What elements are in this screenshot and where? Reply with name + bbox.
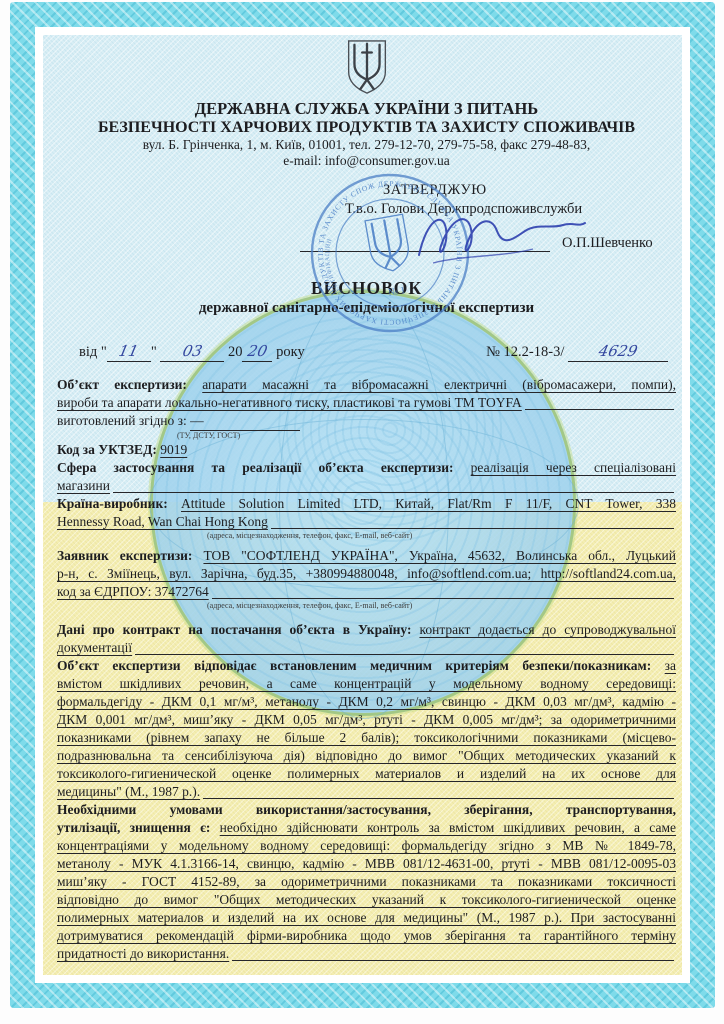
doc-number-label: № 12.2-18-3/ [486, 344, 564, 360]
form-line: Код за УКТЗЕД: 9019 [57, 441, 676, 459]
blank-rule [212, 598, 674, 599]
field-value: Attitude Solution Limited LTD, Китай, Fl… [181, 496, 676, 511]
field-value: токсиколого-гигиенической оценке полимер… [57, 766, 676, 781]
field-value: документації [57, 639, 132, 657]
org-email: e-mail: info@consumer.gov.ua [57, 153, 676, 169]
handwritten-doc-number: 4629 [597, 342, 639, 360]
quote-mark: " [151, 344, 157, 360]
field-value: код за ЄДРПОУ: 37472764 [57, 583, 209, 601]
field-label: Об’єкт експертизи: [57, 377, 202, 392]
field-caption: (адреса, місцезнаходження, телефон, факс… [207, 531, 676, 541]
field-value: концентраціями у модельному водному сере… [57, 838, 676, 853]
blank-rule [525, 409, 674, 410]
form-line: Країна-виробник: Attitude Solution Limit… [57, 495, 676, 513]
form-line: подразнювальна та сенсибілізуюча дія) ві… [57, 747, 676, 765]
form-line: токсиколого-гигиенической оценке полимер… [57, 765, 676, 783]
date-prefix: від [79, 344, 97, 360]
blank-rule [135, 654, 674, 655]
form-line: вироби та апарати локально-негативного т… [57, 394, 676, 412]
field-value: подразнювальна та сенсибілізуюча дія) ві… [57, 748, 676, 763]
org-name-line2: БЕЗПЕЧНОСТІ ХАРЧОВИХ ПРОДУКТІВ ТА ЗАХИСТ… [57, 118, 676, 137]
handwritten-year: 20 [246, 342, 269, 360]
guilloche-border: ДЕРЖАВНА СЛУЖБА УКРАЇНИ З ПИТАНЬ БЕЗПЕЧН… [10, 2, 715, 1008]
form-line: Сфера застосування та реалізації об’єкта… [57, 459, 676, 477]
field-value: ТОВ "СОФТЛЕНД УКРАЇНА", Україна, 45632, … [203, 548, 676, 563]
form-line: код за ЄДРПОУ: 37472764 [57, 583, 676, 601]
blank-rule [203, 798, 674, 799]
org-name-line1: ДЕРЖАВНА СЛУЖБА УКРАЇНИ З ПИТАНЬ [57, 99, 676, 118]
form-line: Об’єкт експертизи відповідає встановлени… [57, 657, 676, 675]
scanned-certificate-page: ДЕРЖАВНА СЛУЖБА УКРАЇНИ З ПИТАНЬ БЕЗПЕЧН… [0, 0, 724, 1024]
field-value: контракт додається до супроводжувальної [419, 622, 676, 637]
certificate-paper: ДЕРЖАВНА СЛУЖБА УКРАЇНИ З ПИТАНЬ БЕЗПЕЧН… [43, 35, 682, 975]
doc-number-slot: 4629 [568, 342, 668, 362]
field-value: виготовлений згідно з: [57, 413, 190, 428]
date-group: від "11" 03 2020 року [79, 342, 305, 362]
field-value: реалізація через спеціалізовані [471, 460, 676, 475]
blank-rule [271, 528, 674, 529]
field-value: миш’яку - ГОСТ 4152-89, за одориметрични… [57, 874, 676, 889]
field-value: відповідно до вимог "Общих методических … [57, 892, 676, 907]
section-applicant: Заявник експертизи: ТОВ "СОФТЛЕНД УКРАЇН… [57, 547, 676, 611]
field-value: — [190, 412, 300, 431]
field-value: вироби та апарати локально-негативного т… [57, 394, 522, 412]
form-line: Необхідними умовами використання/застосу… [57, 801, 676, 819]
stamp-trident-icon [365, 214, 412, 274]
handwritten-month: 03 [181, 342, 204, 360]
field-value: Hennessy Road, Wan Chai Hong Kong [57, 513, 268, 531]
form-line: відповідно до вимог "Общих методических … [57, 891, 676, 909]
handwritten-signature-icon [413, 205, 593, 277]
field-value: р-н, с. Зміїнець, вул. Зарічна, буд.35, … [57, 566, 676, 581]
year-slot: 20 [242, 342, 272, 362]
field-value: необхідно здійснювати контроль за вмісто… [220, 820, 676, 835]
blank-rule [113, 492, 674, 493]
form-line: магазини [57, 477, 676, 495]
field-label: Сфера застосування та реалізації об’єкта… [57, 460, 471, 475]
form-line: ДКМ 0,001 мг/дм³, миш’яку - ДКМ 0,05 мг/… [57, 711, 676, 729]
field-label: Код за УКТЗЕД: [57, 442, 160, 457]
blank-rule [232, 960, 674, 961]
form-line: формальдегіду - ДКМ 0,1 мг/м³, метанолу … [57, 693, 676, 711]
date-suffix: року [276, 344, 305, 360]
form-line: Дані про контракт на постачання об’єкта … [57, 621, 676, 639]
field-caption: (ТУ, ДСТУ, ГОСТ) [177, 431, 676, 441]
form-line: вмістом шкідливих речовин, а саме концен… [57, 675, 676, 693]
field-value: за [665, 658, 676, 673]
date-and-number-row: від "11" 03 2020 року № 12.2-18-3/ 4629 [57, 342, 676, 364]
form-line: дотримуватися рекомендацій фірми-виробни… [57, 927, 676, 945]
section-conformity: Об’єкт експертизи відповідає встановлени… [57, 657, 676, 801]
trident-emblem-icon [344, 39, 390, 95]
form-line: показниками (рівнем запаху не більше 2 б… [57, 729, 676, 747]
handwritten-day: 11 [117, 342, 140, 360]
field-value: метанолу - МУК 4.1.3166-14, свинцю, кадм… [57, 856, 676, 871]
stamp-number: № 1 [388, 285, 407, 299]
form-line: Заявник експертизи: ТОВ "СОФТЛЕНД УКРАЇН… [57, 547, 676, 565]
field-value: придатності до використання. [57, 945, 229, 963]
field-label: утилізації, знищення є: [57, 820, 220, 835]
form-line: придатності до використання. [57, 945, 676, 963]
form-line: концентраціями у модельному водному сере… [57, 837, 676, 855]
field-label: Об’єкт експертизи відповідає встановлени… [57, 658, 665, 673]
section-scope: Сфера застосування та реалізації об’єкта… [57, 459, 676, 495]
section-producer: Країна-виробник: Attitude Solution Limit… [57, 495, 676, 541]
field-value: показниками (рівнем запаху не більше 2 б… [57, 730, 676, 745]
number-group: № 12.2-18-3/ 4629 [486, 342, 668, 362]
field-value: 9019 [160, 442, 187, 457]
section-contract: Дані про контракт на постачання об’єкта … [57, 621, 676, 657]
field-value: магазини [57, 477, 110, 495]
form-line: Hennessy Road, Wan Chai Hong Kong [57, 513, 676, 531]
form-line: р-н, с. Зміїнець, вул. Зарічна, буд.35, … [57, 565, 676, 583]
form-line: Об’єкт експертизи: апарати масажні та ві… [57, 376, 676, 394]
month-slot: 03 [160, 342, 224, 362]
section-code: Код за УКТЗЕД: 9019 [57, 441, 676, 459]
form-line: утилізації, знищення є: необхідно здійсн… [57, 819, 676, 837]
field-value: дотримуватися рекомендацій фірми-виробни… [57, 928, 676, 943]
section-object: Об’єкт експертизи: апарати масажні та ві… [57, 376, 676, 441]
field-label: Дані про контракт на постачання об’єкта … [57, 622, 419, 637]
form-line: виготовлений згідно з: — [57, 412, 676, 431]
field-value: ДКМ 0,001 мг/дм³, миш’яку - ДКМ 0,05 мг/… [57, 712, 676, 727]
form-line: медицины" (М., 1987 р.). [57, 783, 676, 801]
field-label: Країна-виробник: [57, 496, 181, 511]
field-value: апарати масажні та вібромасажні електрич… [202, 377, 676, 392]
form-line: миш’яку - ГОСТ 4152-89, за одориметрични… [57, 873, 676, 891]
border-inner-margin: ДЕРЖАВНА СЛУЖБА УКРАЇНИ З ПИТАНЬ БЕЗПЕЧН… [35, 27, 690, 983]
day-slot: 11 [107, 342, 151, 362]
form-line: полимерных материалов и изделий на их ос… [57, 909, 676, 927]
field-value: формальдегіду - ДКМ 0,1 мг/м³, метанолу … [57, 694, 676, 709]
field-caption: (адреса, місцезнаходження, телефон, факс… [207, 601, 676, 611]
form-body: Об’єкт експертизи: апарати масажні та ві… [57, 376, 676, 963]
form-line: документації [57, 639, 676, 657]
field-value: медицины" (М., 1987 р.). [57, 783, 200, 801]
form-line: метанолу - МУК 4.1.3166-14, свинцю, кадм… [57, 855, 676, 873]
field-value: вмістом шкідливих речовин, а саме концен… [57, 676, 676, 691]
field-value: полимерных материалов и изделий на их ос… [57, 910, 676, 925]
org-address: вул. Б. Грінченка, 1, м. Київ, 01001, те… [57, 137, 676, 153]
year-printed: 20 [228, 344, 243, 360]
section-conditions: Необхідними умовами використання/застосу… [57, 801, 676, 963]
field-label: Необхідними умовами використання/застосу… [57, 802, 676, 817]
field-label: Заявник експертизи: [57, 548, 203, 563]
